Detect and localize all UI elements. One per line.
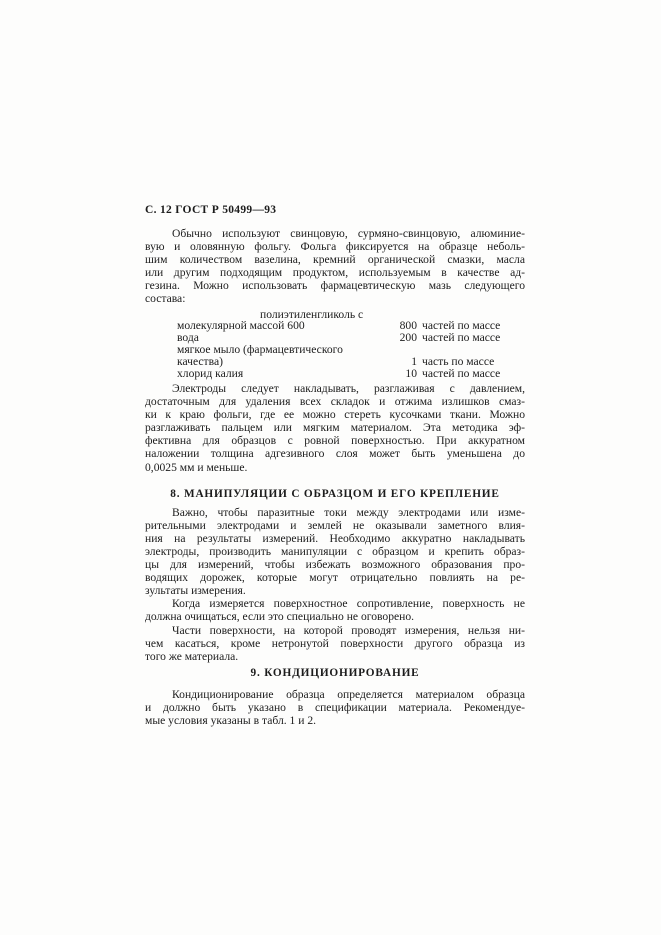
recipe: полиэтиленгликоль смолекулярной массой 6… [145, 309, 525, 380]
text-line: Когда измеряется поверхностное сопротивл… [145, 597, 525, 610]
text-line: Части поверхности, на которой проводят и… [145, 624, 525, 637]
text-line: водящих дорожек, которые могут отрицател… [145, 571, 525, 584]
text-line: разглаживать пальцем или мягким материал… [145, 421, 525, 434]
text-line: наложении толщина адгезивного слоя может… [145, 447, 525, 460]
recipe-amount-unit: частей по массе [417, 331, 500, 344]
recipe-amount-number: 10 [399, 368, 417, 380]
text-line: чем касаться, кроме нетронутой поверхнос… [145, 637, 525, 650]
text-line: цы для измерений, чтобы избежать возможн… [145, 558, 525, 571]
text-line: состава: [145, 292, 525, 305]
text-line: зультаты измерения. [145, 584, 525, 597]
text-line: Кондиционирование образца определяется м… [145, 688, 525, 701]
document-page: С. 12 ГОСТ Р 50499—93 Обычно используют … [0, 0, 661, 935]
para-1: Обычно используют свинцовую, сурмяно-сви… [145, 227, 525, 306]
page-header: С. 12 ГОСТ Р 50499—93 [145, 204, 525, 217]
text-line: рительными электродами и землей не оказы… [145, 519, 525, 532]
text-line: 0,0025 мм и меньше. [145, 461, 525, 474]
text-line: Важно, чтобы паразитные токи между элект… [145, 506, 525, 519]
section-8-heading: 8. МАНИПУЛЯЦИИ С ОБРАЗЦОМ И ЕГО КРЕПЛЕНИ… [145, 488, 525, 501]
para-2: Электроды следует накладывать, разглажив… [145, 382, 525, 474]
text-line: гезина. Можно использовать фармацевтичес… [145, 279, 525, 292]
text-line: электроды, производить манипуляции с обр… [145, 545, 525, 558]
para-6: Кондиционирование образца определяется м… [145, 688, 525, 727]
text-line: ния на результаты измерений. Необходимо … [145, 532, 525, 545]
recipe-amount-number: 200 [399, 332, 417, 344]
text-line: ки к краю фольги, где ее можно стереть к… [145, 408, 525, 421]
text-line: вую и оловянную фольгу. Фольга фиксирует… [145, 240, 525, 253]
text-line: или другим подходящим продуктом, использ… [145, 266, 525, 279]
text-line: Электроды следует накладывать, разглажив… [145, 382, 525, 395]
text-line: достаточным для удаления всех складок и … [145, 395, 525, 408]
para-3: Важно, чтобы паразитные токи между элект… [145, 506, 525, 598]
text-line: и должно быть указано в спецификации мат… [145, 701, 525, 714]
text-line: мые условия указаны в табл. 1 и 2. [145, 714, 525, 727]
para-5: Части поверхности, на которой проводят и… [145, 624, 525, 663]
recipe-amount: 200частей по массе [399, 332, 500, 344]
document-content: С. 12 ГОСТ Р 50499—93 Обычно используют … [145, 204, 525, 727]
recipe-row: хлорид калия10частей по массе [145, 368, 525, 380]
recipe-amount: 10частей по массе [399, 368, 500, 380]
para-4: Когда измеряется поверхностное сопротивл… [145, 597, 525, 623]
recipe-amount-unit: частей по массе [417, 367, 500, 380]
text-line: фективна для образцов с ровной поверхнос… [145, 434, 525, 447]
section-9-heading: 9. КОНДИЦИОНИРОВАНИЕ [145, 667, 525, 680]
text-line: Обычно используют свинцовую, сурмяно-сви… [145, 227, 525, 240]
text-line: шим количеством вазелина, кремний органи… [145, 253, 525, 266]
text-line: должна очищаться, если это специально не… [145, 610, 525, 623]
text-line: того же материала. [145, 650, 525, 663]
